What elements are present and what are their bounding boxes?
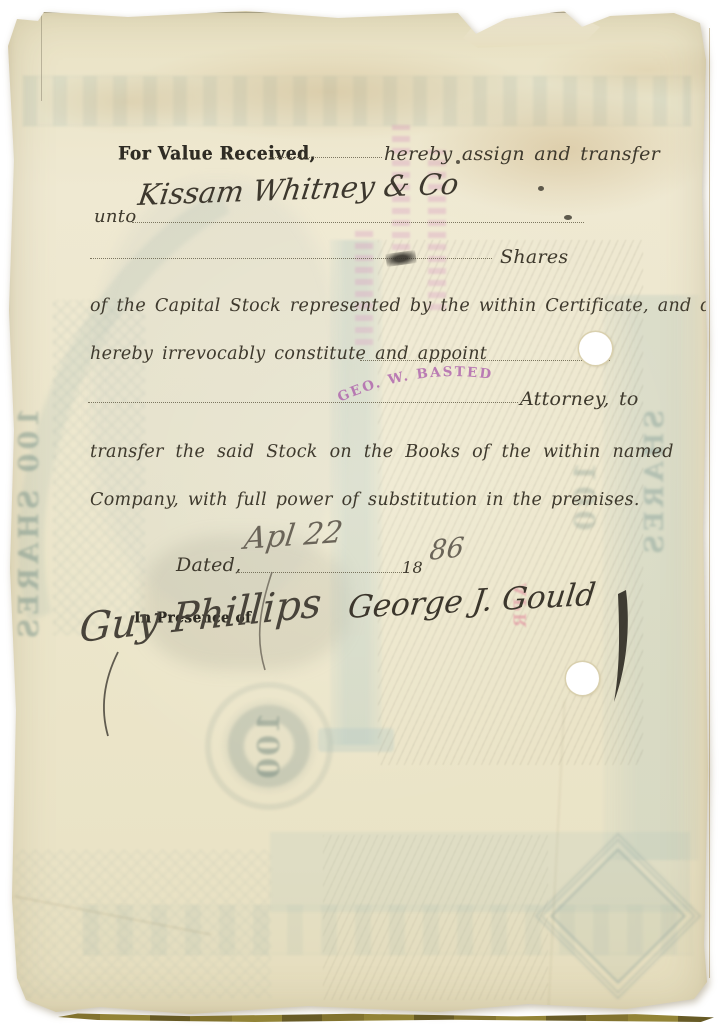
showthrough-top-band (23, 76, 691, 126)
showthrough-bottom-band (83, 905, 693, 955)
holder-signature: George J. Gould (346, 577, 598, 626)
certificate-scan: SHARES 100 100 SHARES 100 APR (0, 0, 720, 1026)
assign-transfer-text: hereby assign and transfer (384, 143, 660, 165)
transfer-line: transfer the said Stock on the Books of … (90, 442, 674, 462)
assignee-handwriting: Kissam Whitney & Co (136, 167, 461, 212)
shares-blank-line (90, 258, 492, 259)
attorney-blank-line-2 (88, 402, 518, 403)
attorney-blank-line-1 (360, 360, 610, 361)
witness-signature: Guy Phillips (78, 580, 323, 652)
top-edge-line (16, 12, 668, 13)
ink-speck-2 (538, 186, 544, 191)
paper-sheet: SHARES 100 100 SHARES 100 APR (8, 10, 708, 1014)
dated-label: Dated, (176, 554, 241, 576)
unto-label: unto (94, 206, 136, 227)
paper-right-edge-shadow (709, 28, 710, 978)
diamond-outline (550, 848, 686, 984)
attorney-label: Attorney, to (520, 388, 639, 410)
showthrough-100-text: 100 (568, 462, 602, 562)
shares-label: Shares (500, 246, 568, 268)
showthrough-column-base (318, 728, 394, 752)
signature-flourish-stroke (602, 588, 636, 706)
showthrough-bottom-left-lattice (16, 850, 271, 998)
showthrough-pink-stamp-3 (355, 225, 373, 345)
paper-crease-diagonal (15, 896, 212, 935)
ink-blot (385, 250, 417, 267)
showthrough-shares-text: SHARES (640, 410, 670, 590)
top-right-fold (458, 10, 608, 50)
ink-speck-3 (456, 160, 460, 164)
value-received-label: For Value Received, (118, 143, 316, 165)
dated-century: 18 (402, 558, 423, 577)
company-line: Company, with full power of substitution… (90, 490, 640, 510)
witness-flourish-stroke (94, 650, 124, 740)
dated-year-handwriting: 86 (428, 532, 465, 567)
ink-speck-1 (564, 215, 572, 220)
svg-text:GEO. W. BASTEDO.: GEO. W. BASTEDO. (334, 362, 494, 406)
assignee-blank-line (132, 222, 584, 223)
showthrough-diamond-medallion (556, 842, 676, 992)
rosette-number: 100 (252, 712, 287, 781)
capital-stock-line: of the Capital Stock represented by the … (90, 296, 720, 316)
appoint-line: hereby irrevocably constitute and appoin… (90, 344, 487, 364)
punch-hole-bottom (566, 662, 599, 695)
showthrough-right-band (603, 295, 699, 860)
showthrough-100-rosette: 100 (211, 688, 327, 804)
paper-crease-vertical (548, 700, 565, 1010)
punch-hole-top (579, 332, 612, 365)
left-edge-line (41, 13, 42, 101)
showthrough-script-hatch-bottom (323, 835, 548, 1000)
showthrough-left-margin-text: 100 SHARES (14, 408, 45, 698)
binding-edge-strip (58, 1013, 714, 1022)
blank-line-1 (270, 157, 382, 158)
certificate-paper: SHARES 100 100 SHARES 100 APR (8, 10, 708, 1014)
dated-day-handwriting: Apl 22 (242, 515, 345, 557)
showthrough-bottom-block (270, 832, 690, 912)
